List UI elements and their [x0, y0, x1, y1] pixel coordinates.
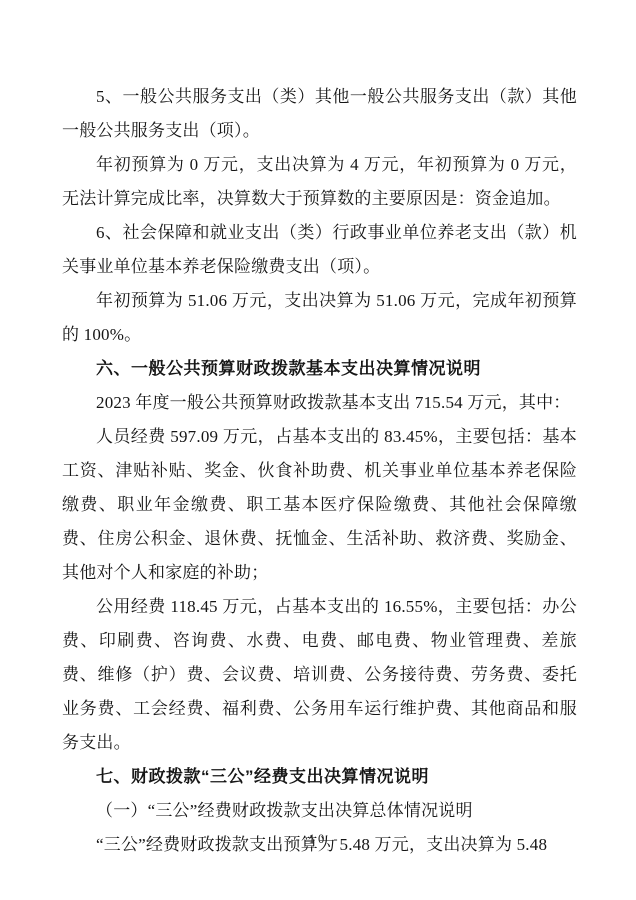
paragraph-sangong-subheading: （一）“三公”经费财政拨款支出决算总体情况说明 — [62, 794, 577, 828]
document-body: 5、一般公共服务支出（类）其他一般公共服务支出（款）其他一般公共服务支出（项）。… — [62, 80, 577, 862]
paragraph-item5-budget-detail: 年初预算为 0 万元，支出决算为 4 万元，年初预算为 0 万元，无法计算完成比… — [62, 148, 577, 216]
paragraph-basic-expenditure-total: 2023 年度一般公共预算财政拨款基本支出 715.54 万元，其中： — [62, 386, 577, 420]
paragraph-item6-budget-detail: 年初预算为 51.06 万元，支出决算为 51.06 万元，完成年初预算的 10… — [62, 284, 577, 352]
paragraph-item5-classification: 5、一般公共服务支出（类）其他一般公共服务支出（款）其他一般公共服务支出（项）。 — [62, 80, 577, 148]
page-number: - 10 - — [0, 831, 636, 847]
section-heading-six-basic-expenditure: 六、一般公共预算财政拨款基本支出决算情况说明 — [62, 352, 577, 386]
paragraph-item6-classification: 6、社会保障和就业支出（类）行政事业单位养老支出（款）机关事业单位基本养老保险缴… — [62, 216, 577, 284]
document-page: 5、一般公共服务支出（类）其他一般公共服务支出（款）其他一般公共服务支出（项）。… — [0, 0, 636, 900]
section-heading-seven-sangong-expense: 七、财政拨款“三公”经费支出决算情况说明 — [62, 760, 577, 794]
paragraph-public-expense: 公用经费 118.45 万元，占基本支出的 16.55%，主要包括：办公费、印刷… — [62, 590, 577, 760]
paragraph-personnel-expense: 人员经费 597.09 万元，占基本支出的 83.45%，主要包括：基本工资、津… — [62, 420, 577, 590]
